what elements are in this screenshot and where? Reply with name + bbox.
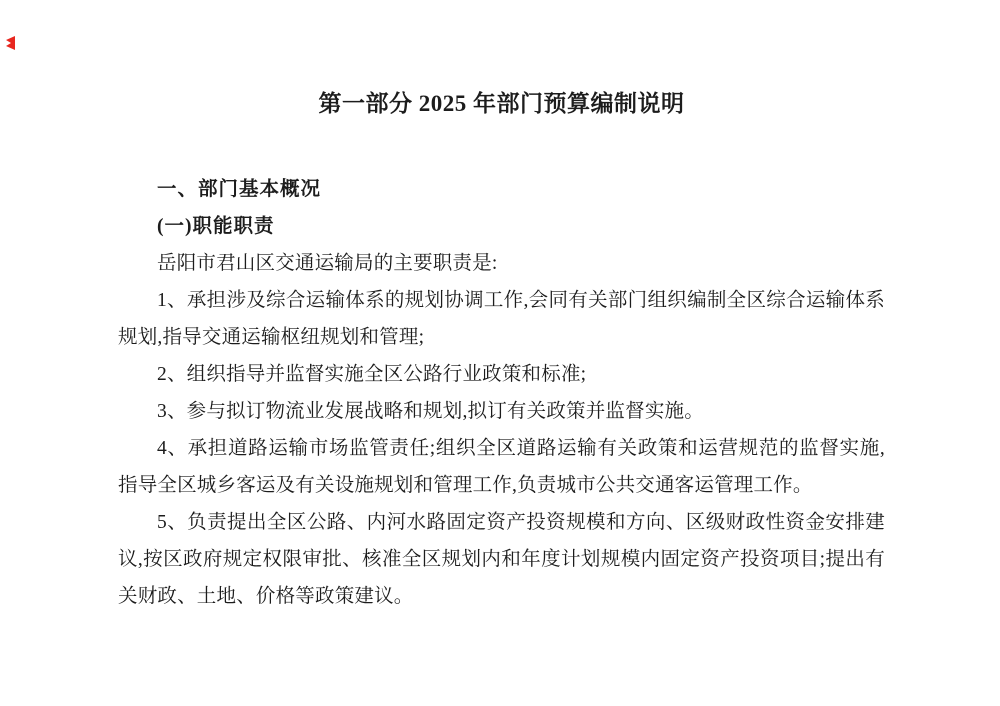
intro-paragraph: 岳阳市君山区交通运输局的主要职责是:: [118, 245, 885, 282]
section-heading: 一、部门基本概况: [118, 171, 885, 208]
red-corner-mark-shape: [6, 36, 15, 50]
subsection-heading: (一)职能职责: [118, 208, 885, 245]
document-page: 第一部分 2025 年部门预算编制说明 一、部门基本概况 (一)职能职责 岳阳市…: [0, 0, 1000, 706]
duty-paragraph-5: 5、负责提出全区公路、内河水路固定资产投资规模和方向、区级财政性资金安排建议,按…: [118, 504, 885, 615]
duty-paragraph-4: 4、承担道路运输市场监管责任;组织全区道路运输有关政策和运营规范的监督实施,指导…: [118, 430, 885, 504]
page-content: 第一部分 2025 年部门预算编制说明 一、部门基本概况 (一)职能职责 岳阳市…: [118, 0, 885, 615]
page-title: 第一部分 2025 年部门预算编制说明: [118, 88, 885, 120]
duty-paragraph-2: 2、组织指导并监督实施全区公路行业政策和标准;: [118, 356, 885, 393]
duty-paragraph-3: 3、参与拟订物流业发展战略和规划,拟订有关政策并监督实施。: [118, 393, 885, 430]
document-body: 一、部门基本概况 (一)职能职责 岳阳市君山区交通运输局的主要职责是: 1、承担…: [118, 171, 885, 615]
duty-paragraph-1: 1、承担涉及综合运输体系的规划协调工作,会同有关部门组织编制全区综合运输体系规划…: [118, 282, 885, 356]
red-corner-mark-icon: [6, 36, 16, 50]
